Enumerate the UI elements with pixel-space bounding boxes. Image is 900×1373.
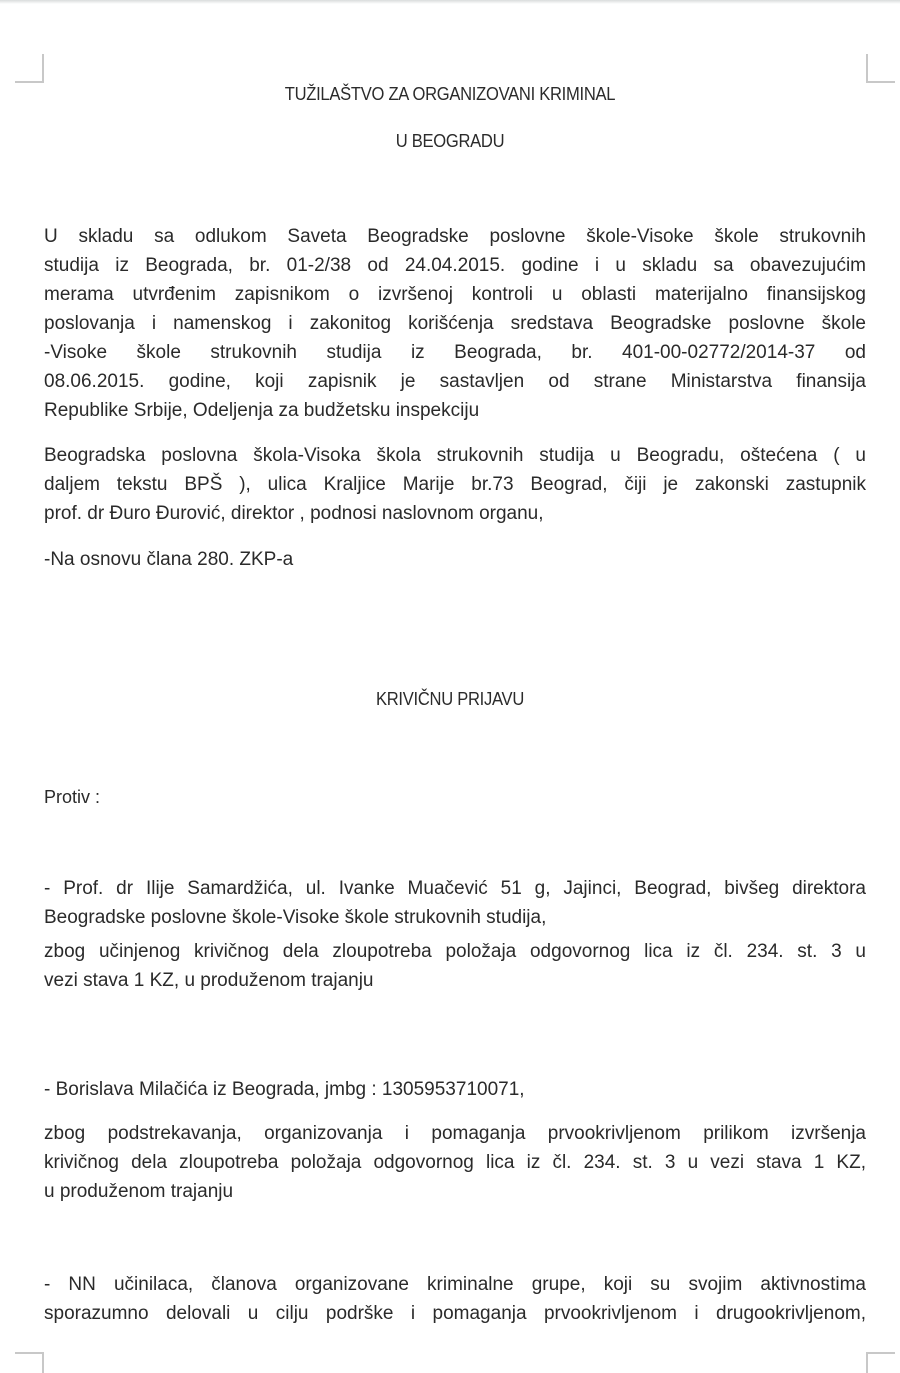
text-line: sporazumno delovali u cilju podrške i po… xyxy=(44,1299,866,1328)
text-line: Protiv : xyxy=(44,783,866,812)
top-edge-shadow xyxy=(0,0,900,4)
text-line: - Borislava Milačića iz Beograda, jmbg :… xyxy=(44,1075,866,1104)
text-line: - NN učinilaca, članova organizovane kri… xyxy=(44,1270,866,1299)
accused-3-identity: - NN učinilaca, članova organizovane kri… xyxy=(44,1270,866,1328)
page-corner-mark-bottom-right xyxy=(866,1352,895,1373)
text-line: merama utvrđenim zapisnikom o izvršenoj … xyxy=(44,280,866,309)
text-line: Republike Srbije, Odeljenja za budžetsku… xyxy=(44,396,866,425)
text-line: vezi stava 1 KZ, u produženom trajanju xyxy=(44,966,866,995)
document-title: KRIVIČNU PRIJAVU xyxy=(36,689,864,710)
addressee-heading: TUŽILAŠTVO ZA ORGANIZOVANI KRIMINAL xyxy=(36,84,864,105)
text-line: krivičnog dela zloupotreba položaja odgo… xyxy=(44,1148,866,1177)
legal-basis: -Na osnovu člana 280. ZKP-a xyxy=(44,545,866,574)
accused-1-identity: - Prof. dr Ilije Samardžića, ul. Ivanke … xyxy=(44,874,866,932)
intro-paragraph: U skladu sa odlukom Saveta Beogradske po… xyxy=(44,222,866,425)
text-line: u produženom trajanju xyxy=(44,1177,866,1206)
text-line: U skladu sa odlukom Saveta Beogradske po… xyxy=(44,222,866,251)
page-corner-mark-bottom-left xyxy=(15,1352,44,1373)
text-line: daljem tekstu BPŠ ), ulica Kraljice Mari… xyxy=(44,470,866,499)
accused-1-charge: zbog učinjenog krivičnog dela zloupotreb… xyxy=(44,937,866,995)
text-line: zbog učinjenog krivičnog dela zloupotreb… xyxy=(44,937,866,966)
text-line: zbog podstrekavanja, organizovanja i pom… xyxy=(44,1119,866,1148)
text-line: Beogradske poslovne škole-Visoke škole s… xyxy=(44,903,866,932)
text-line: poslovanja i namenskog i zakonitog koriš… xyxy=(44,309,866,338)
text-line: -Visoke škole strukovnih studija iz Beog… xyxy=(44,338,866,367)
text-line: prof. dr Đuro Đurović, direktor , podnos… xyxy=(44,499,866,528)
addressee-city: U BEOGRADU xyxy=(36,131,864,152)
page-corner-mark-top-left xyxy=(15,54,44,83)
text-line: 08.06.2015. godine, koji zapisnik je sas… xyxy=(44,367,866,396)
page-corner-mark-top-right xyxy=(866,54,895,83)
text-line: - Prof. dr Ilije Samardžića, ul. Ivanke … xyxy=(44,874,866,903)
text-line: Beogradska poslovna škola-Visoka škola s… xyxy=(44,441,866,470)
text-line: -Na osnovu člana 280. ZKP-a xyxy=(44,545,866,574)
complainant-paragraph: Beogradska poslovna škola-Visoka škola s… xyxy=(44,441,866,528)
text-line: studija iz Beograda, br. 01-2/38 od 24.0… xyxy=(44,251,866,280)
accused-2-charge: zbog podstrekavanja, organizovanja i pom… xyxy=(44,1119,866,1206)
against-label: Protiv : xyxy=(44,783,866,812)
accused-2-identity: - Borislava Milačića iz Beograda, jmbg :… xyxy=(44,1075,866,1104)
